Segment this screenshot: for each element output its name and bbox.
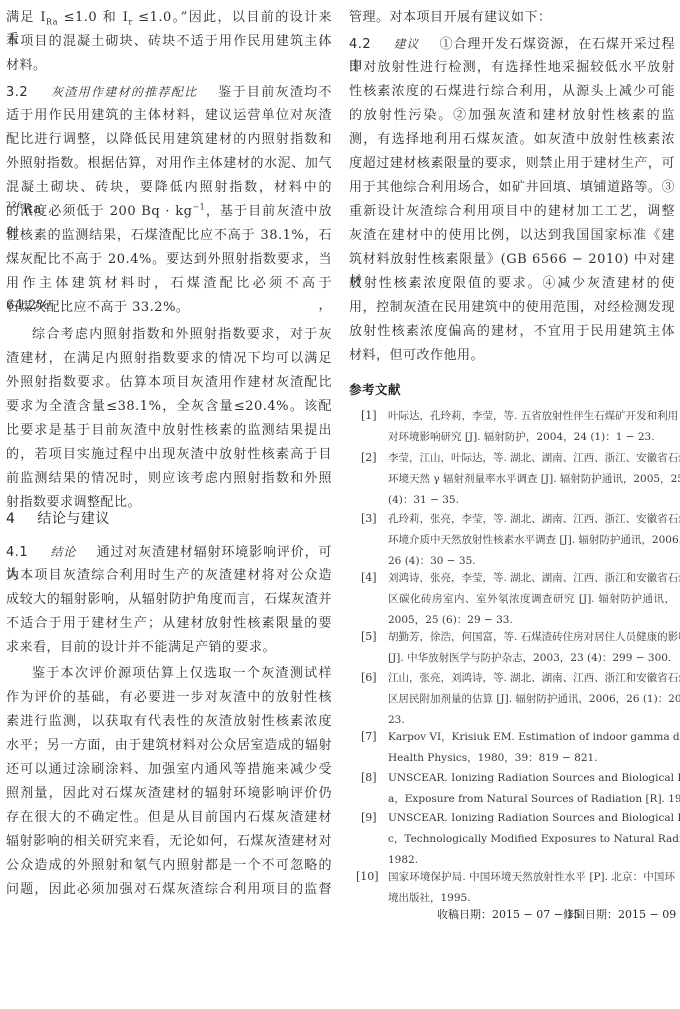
text-line: 度超过建材核素限量的要求，则禁止用于建材生产，可 bbox=[349, 153, 675, 175]
text-line: 问题，因此必须加强对石煤灰渣综合利用项目的监督 bbox=[6, 879, 332, 901]
section-number: 3.2 bbox=[6, 85, 28, 100]
text-line: 用于其他综合利用场合，如矿井回填、填铺道路等。③ bbox=[349, 177, 675, 199]
text-line: 重新设计灰渣综合利用项目中的建材加工工艺，调整 bbox=[349, 201, 675, 223]
text-line: 配比进行调整，以降低民用建筑建材的内照射指数和 bbox=[6, 129, 332, 151]
received-date: 收稿日期：2015 − 07 − 15 bbox=[437, 906, 580, 922]
text-line: 作为评价的基础，有必要进一步对灰渣中的放射性核 bbox=[6, 687, 332, 709]
text-line: 要求为全渣含量≤38.1%，全灰含量≤20.4%。该配 bbox=[6, 396, 332, 418]
text-line: 存在很大的不确定性。但是从目前国内石煤灰渣建材 bbox=[6, 807, 332, 829]
text-line: 放射性核素浓度限值的要求。④减少灰渣建材的使 bbox=[349, 273, 675, 295]
references-heading: 参考文献 bbox=[349, 379, 401, 401]
text-line: 石煤灰配比应不高于 33.2%。 bbox=[6, 297, 189, 319]
section-title: 建议 bbox=[393, 37, 419, 51]
text-line: 鉴于本次评价源项估算上仅选取一个灰渣测试样 bbox=[32, 663, 332, 685]
text-line: 外照射指数要求。估算本项目灰渣用作建材灰渣配比 bbox=[6, 372, 332, 394]
text-line: 公众造成的外照射和氡气内照射都是一个不可忽略的 bbox=[6, 855, 332, 877]
text-line: 外照射指数。根据估算，对用作主体建材的水泥、加气 bbox=[6, 153, 332, 175]
text-line: 辐射影响的相关研究来看，无论如何，石煤灰渣建材对 bbox=[6, 831, 332, 853]
section-number: 4.1 bbox=[6, 545, 28, 560]
section-title: 灰渣用作建材的推荐配比 bbox=[50, 85, 197, 99]
text-line: 本项目的混凝土砌块、砖块不适于用作民用建筑主体 bbox=[6, 31, 332, 53]
text-line: 综合考虑内照射指数和外照射指数要求，对于灰 bbox=[32, 324, 332, 346]
text-line: 还可以通过涂刷涂料、加强室内通风等措施来减少受 bbox=[6, 759, 332, 781]
section-title: 结论 bbox=[50, 545, 76, 559]
text-line: 不适合于用于建材生产；从建材放射性核素限量的要 bbox=[6, 613, 332, 635]
section-number: 4.2 bbox=[349, 37, 371, 52]
text-line: 求来看，目前的设计并不能满足产销的要求。 bbox=[6, 637, 276, 659]
text-line: 为本项目灰渣综合利用时生产的灰渣建材将对公众造 bbox=[6, 565, 332, 587]
text-line: 的放射性污染。②加强灰渣和建材放射性核素的监 bbox=[349, 105, 675, 127]
revised-date: 修回日期：2015 − 09 − 23 bbox=[563, 906, 680, 922]
text-line: 渣建材，在满足内照射指数要求的情况下均可以满足 bbox=[6, 348, 332, 370]
text-line: 放射性核素浓度偏高的建材，不宜用于民用建筑主体 bbox=[349, 321, 675, 343]
text-line: 适于用作民用建筑的主体材料，建议运营单位对灰渣 bbox=[6, 105, 332, 127]
text-line: 材料，但可改作他用。 bbox=[349, 345, 484, 367]
text-line: 水平；另一方面，由于建筑材料对公众居室造成的辐射 bbox=[6, 735, 332, 757]
text-line: 灰渣在建材中的使用比例，以达到我国国家标准《建 bbox=[349, 225, 675, 247]
text-line: 比要求是基于目前灰渣中放射性核素的监测结果提出 bbox=[6, 420, 332, 442]
text-line: 的，若项目实施过程中出现灰渣中放射性核素高于目 bbox=[6, 444, 332, 466]
text-line: 用，控制灰渣在民用建筑中的使用范围，对经检测发现 bbox=[349, 297, 675, 319]
text-line: 性核素浓度的石煤进行综合利用，从源头上减少可能 bbox=[349, 81, 675, 103]
text-line: 性核素的监测结果，石煤渣配比应不高于 38.1%，石 bbox=[6, 225, 332, 247]
text-line: 测，有选择地利用石煤灰渣。如灰渣中放射性核素浓 bbox=[349, 129, 675, 151]
text-line: 煤灰配比不高于 20.4%。要达到外照射指数要求，当 bbox=[6, 249, 332, 271]
section-4-heading: 4结论与建议 bbox=[6, 508, 110, 530]
text-line: 材料。 bbox=[6, 55, 47, 77]
text-line: 前监测结果的情况时，则应该考虑内照射指数和外照 bbox=[6, 468, 332, 490]
text-line: 即对放射性进行检测，有选择性地采掘较低水平放射 bbox=[349, 57, 675, 79]
text-line: 素进行监测，以获取有代表性的灰渣放射性核素浓度 bbox=[6, 711, 332, 733]
text-line: 照剂量，因此对石煤灰渣建材的辐射环境影响评价仍 bbox=[6, 783, 332, 805]
section-3-2-heading-line: 3.2灰渣用作建材的推荐配比鉴于目前灰渣均不 bbox=[6, 81, 332, 104]
text-line: 管理。对本项目开展有建议如下： bbox=[349, 7, 552, 29]
text-line: 成较大的辐射影响，从辐射防护角度而言，石煤灰渣并 bbox=[6, 589, 332, 611]
